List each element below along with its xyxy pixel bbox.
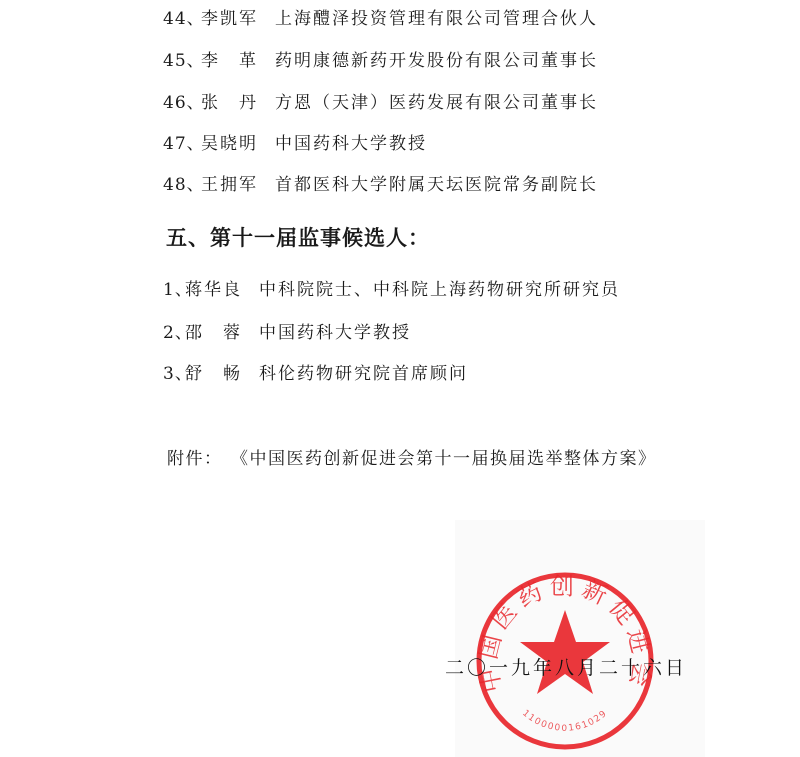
candidate-name: 邵 蓉 [185, 322, 259, 344]
candidate-role: 方恩（天津）医药发展有限公司董事长 [275, 92, 598, 114]
list-item: 48、王拥军首都医科大学附属天坛医院常务副院长 [163, 174, 598, 196]
candidate-name: 张 丹 [201, 92, 275, 114]
candidate-name: 蒋华良 [185, 279, 259, 301]
item-number: 3、 [163, 363, 185, 385]
list-item: 44、李凯军上海醴泽投资管理有限公司管理合伙人 [163, 8, 598, 30]
list-item: 46、张 丹方恩（天津）医药发展有限公司董事长 [163, 92, 598, 114]
list-item: 45、李 革药明康德新药开发股份有限公司董事长 [163, 50, 598, 72]
list-item: 2、邵 蓉中国药科大学教授 [163, 322, 411, 344]
item-number: 1、 [163, 279, 185, 301]
svg-text:1100000161029: 1100000161029 [520, 708, 609, 733]
candidate-name: 李 革 [201, 50, 275, 72]
list-item: 47、吴晓明中国药科大学教授 [163, 133, 427, 155]
candidate-role: 上海醴泽投资管理有限公司管理合伙人 [275, 8, 598, 30]
attachment-label: 附件： [167, 444, 231, 469]
section-heading: 五、第十一届监事候选人： [166, 222, 430, 252]
attachment-line: 附件：《中国医药创新促进会第十一届换届选举整体方案》 [167, 444, 657, 469]
attachment-title: 《中国医药创新促进会第十一届换届选举整体方案》 [231, 449, 657, 469]
candidate-role: 首都医科大学附属天坛医院常务副院长 [275, 174, 598, 196]
item-number: 44、 [163, 8, 201, 30]
signature-date: 二〇一九年八月二十六日 [445, 653, 687, 680]
candidate-name: 王拥军 [201, 174, 275, 196]
list-item: 3、舒 畅科伦药物研究院首席顾问 [163, 363, 468, 385]
item-number: 48、 [163, 174, 201, 196]
candidate-role: 药明康德新药开发股份有限公司董事长 [275, 50, 598, 72]
item-number: 46、 [163, 92, 201, 114]
list-item: 1、蒋华良中科院院士、中科院上海药物研究所研究员 [163, 279, 620, 301]
candidate-name: 吴晓明 [201, 133, 275, 155]
candidate-role: 中科院院士、中科院上海药物研究所研究员 [259, 279, 620, 301]
candidate-role: 科伦药物研究院首席顾问 [259, 363, 468, 385]
item-number: 47、 [163, 133, 201, 155]
candidate-name: 舒 畅 [185, 363, 259, 385]
item-number: 2、 [163, 322, 185, 344]
item-number: 45、 [163, 50, 201, 72]
candidate-role: 中国药科大学教授 [259, 322, 411, 344]
candidate-name: 李凯军 [201, 8, 275, 30]
candidate-role: 中国药科大学教授 [275, 133, 427, 155]
